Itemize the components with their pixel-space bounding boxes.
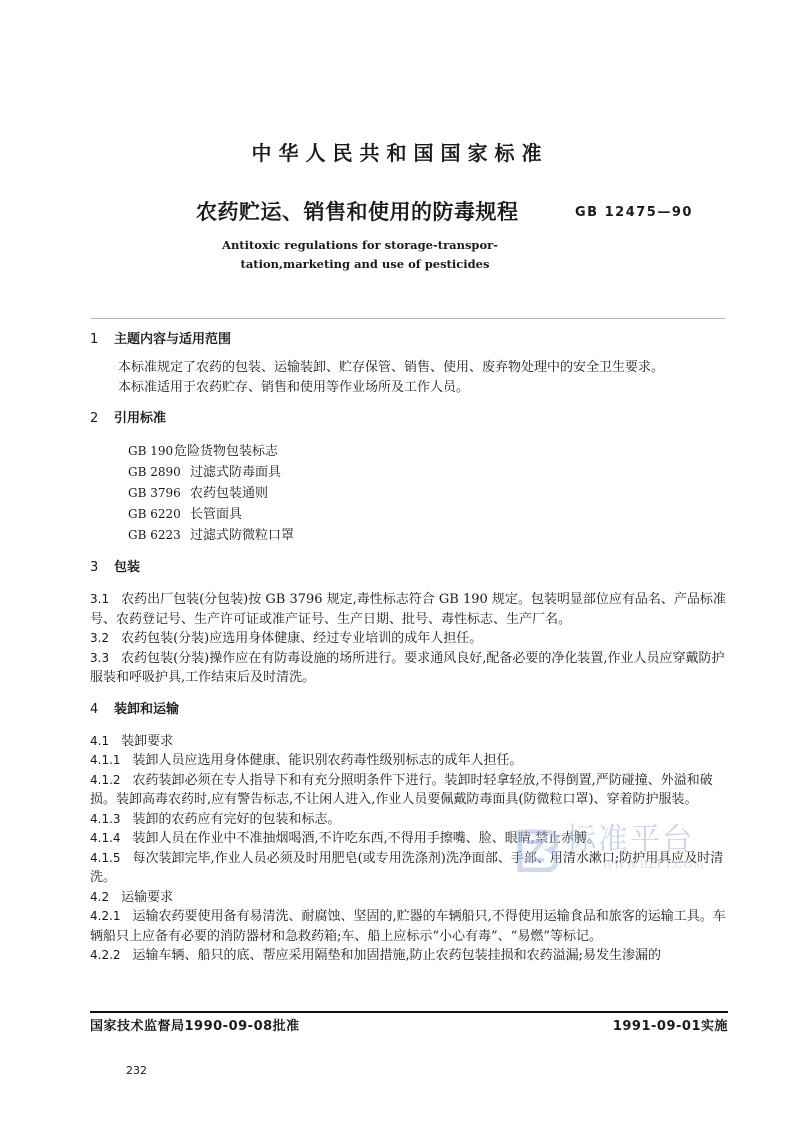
clause-4-1-1: 4.1.1装卸人员应选用身体健康、能识别农药毒性级别标志的成年人担任。 [90, 751, 726, 771]
clause-text: 农药包装(分装)应选用身体健康、经过专业培训的成年人担任。 [121, 631, 482, 646]
clause-4-1-5: 4.1.5每次装卸完毕,作业人员必须及时用肥皂(或专用洗涤剂)洗净面部、手部、用… [90, 849, 726, 888]
clause-text: 装卸的农药应有完好的包装和标志。 [133, 812, 341, 827]
ref-code: GB 6223 [128, 525, 190, 546]
section-heading-3: 3包装 [90, 558, 726, 578]
approval-date: 国家技术监督局1990-09-08批准 [90, 1017, 300, 1037]
clause-3-2: 3.2农药包装(分装)应选用身体健康、经过专业培训的成年人担任。 [90, 629, 726, 649]
english-title-line-2: tation,marketing and use of pesticides [0, 255, 800, 274]
footer-divider [90, 1011, 728, 1013]
english-title-line-1: Antitoxic regulations for storage-transp… [0, 236, 800, 255]
document-title: 农药贮运、销售和使用的防毒规程 [196, 198, 519, 226]
list-item: GB 2890过滤式防毒面具 [128, 462, 726, 483]
clause-text: 装卸人员在作业中不准抽烟喝酒,不许吃东西,不得用手擦嘴、脸、眼睛,禁止赤膊。 [133, 831, 600, 846]
section-title: 主题内容与适用范围 [114, 332, 231, 347]
clause-text: 每次装卸完毕,作业人员必须及时用肥皂(或专用洗涤剂)洗净面部、手部、用清水漱口;… [90, 851, 723, 886]
section-title: 装卸和运输 [114, 702, 179, 717]
page-number: 232 [126, 1064, 147, 1078]
clause-number: 4.1.2 [90, 773, 121, 787]
ref-name: 农药包装通则 [190, 486, 268, 501]
clause-3-1: 3.1农药出厂包装(分包装)按 GB 3796 规定,毒性标志符合 GB 190… [90, 590, 726, 629]
clause-number: 4.1.5 [90, 851, 121, 865]
section-heading-4: 4装卸和运输 [90, 700, 726, 720]
ref-code: GB 2890 [128, 462, 190, 483]
clause-4-2: 4.2运输要求 [90, 888, 726, 908]
section-number: 3 [90, 558, 114, 578]
list-item: GB 6223过滤式防微粒口罩 [128, 525, 726, 546]
clause-number: 3.2 [90, 631, 109, 645]
ref-name: 长管面具 [190, 507, 242, 522]
clause-text: 农药装卸必须在专人指导下和有充分照明条件下进行。装卸时轻拿轻放,不得倒置,严防碰… [90, 773, 713, 808]
section-title: 包装 [114, 560, 140, 575]
list-item: GB 3796农药包装通则 [128, 483, 726, 504]
ref-code: GB 6220 [128, 504, 190, 525]
paragraph: 本标准适用于农药贮存、销售和使用等作业场所及工作人员。 [104, 378, 726, 398]
national-standard-heading: 中华人民共和国国家标准 [0, 140, 800, 166]
effective-date: 1991-09-01实施 [613, 1017, 728, 1037]
clause-4-1-4: 4.1.4装卸人员在作业中不准抽烟喝酒,不许吃东西,不得用手擦嘴、脸、眼睛,禁止… [90, 829, 726, 849]
clause-text: 运输要求 [121, 890, 173, 905]
clause-4-2-1: 4.2.1运输农药要使用备有易清洗、耐腐蚀、坚固的,贮器的车辆船只,不得使用运输… [90, 907, 726, 946]
clause-text: 运输车辆、船只的底、帮应采用隔垫和加固措施,防止农药包装挂损和农药溢漏;易发生渗… [133, 948, 662, 963]
clause-text: 装卸要求 [121, 734, 173, 749]
section-number: 1 [90, 330, 114, 350]
header-divider [90, 318, 725, 319]
section-number: 2 [90, 409, 114, 429]
clause-text: 农药出厂包装(分包装)按 GB 3796 规定,毒性标志符合 GB 190 规定… [90, 592, 726, 627]
clause-4-1-3: 4.1.3装卸的农药应有完好的包装和标志。 [90, 810, 726, 830]
list-item: GB 190危险货物包装标志 [128, 441, 726, 462]
section-number: 4 [90, 700, 114, 720]
referenced-standards-list: GB 190危险货物包装标志 GB 2890过滤式防毒面具 GB 3796农药包… [104, 441, 726, 546]
clause-text: 农药包装(分装)操作应在有防毒设施的场所进行。要求通风良好,配备必要的净化装置,… [90, 651, 725, 686]
section-title: 引用标准 [114, 411, 166, 426]
clause-3-3: 3.3农药包装(分装)操作应在有防毒设施的场所进行。要求通风良好,配备必要的净化… [90, 649, 726, 688]
ref-name: 过滤式防微粒口罩 [190, 528, 294, 543]
list-item: GB 6220长管面具 [128, 504, 726, 525]
clause-number: 4.1.1 [90, 753, 121, 767]
clause-number: 3.1 [90, 592, 109, 606]
section-heading-1: 1主题内容与适用范围 [90, 330, 726, 350]
clause-number: 3.3 [90, 651, 109, 665]
clause-number: 4.2.1 [90, 909, 121, 923]
clause-number: 4.1.3 [90, 812, 121, 826]
clause-number: 4.1.4 [90, 831, 121, 845]
ref-name: 过滤式防毒面具 [190, 465, 281, 480]
ref-code: GB 190 [128, 441, 174, 462]
clause-text: 装卸人员应选用身体健康、能识别农药毒性级别标志的成年人担任。 [133, 753, 523, 768]
clause-number: 4.2.2 [90, 948, 121, 962]
clause-4-1-2: 4.1.2农药装卸必须在专人指导下和有充分照明条件下进行。装卸时轻拿轻放,不得倒… [90, 771, 726, 810]
document-body: 1主题内容与适用范围 本标准规定了农药的包装、运输装卸、贮存保管、销售、使用、废… [104, 330, 726, 966]
clause-text: 运输农药要使用备有易清洗、耐腐蚀、坚固的,贮器的车辆船只,不得使用运输食品和旅客… [90, 909, 726, 944]
section-heading-2: 2引用标准 [90, 409, 726, 429]
ref-name: 危险货物包装标志 [174, 444, 278, 459]
ref-code: GB 3796 [128, 483, 190, 504]
clause-number: 4.2 [90, 890, 109, 904]
clause-4-1: 4.1装卸要求 [90, 732, 726, 752]
standard-code: GB 12475—90 [575, 204, 693, 222]
clause-4-2-2: 4.2.2运输车辆、船只的底、帮应采用隔垫和加固措施,防止农药包装挂损和农药溢漏… [90, 946, 726, 966]
clause-number: 4.1 [90, 734, 109, 748]
english-title: Antitoxic regulations for storage-transp… [0, 236, 800, 274]
paragraph: 本标准规定了农药的包装、运输装卸、贮存保管、销售、使用、废弃物处理中的安全卫生要… [104, 358, 726, 378]
